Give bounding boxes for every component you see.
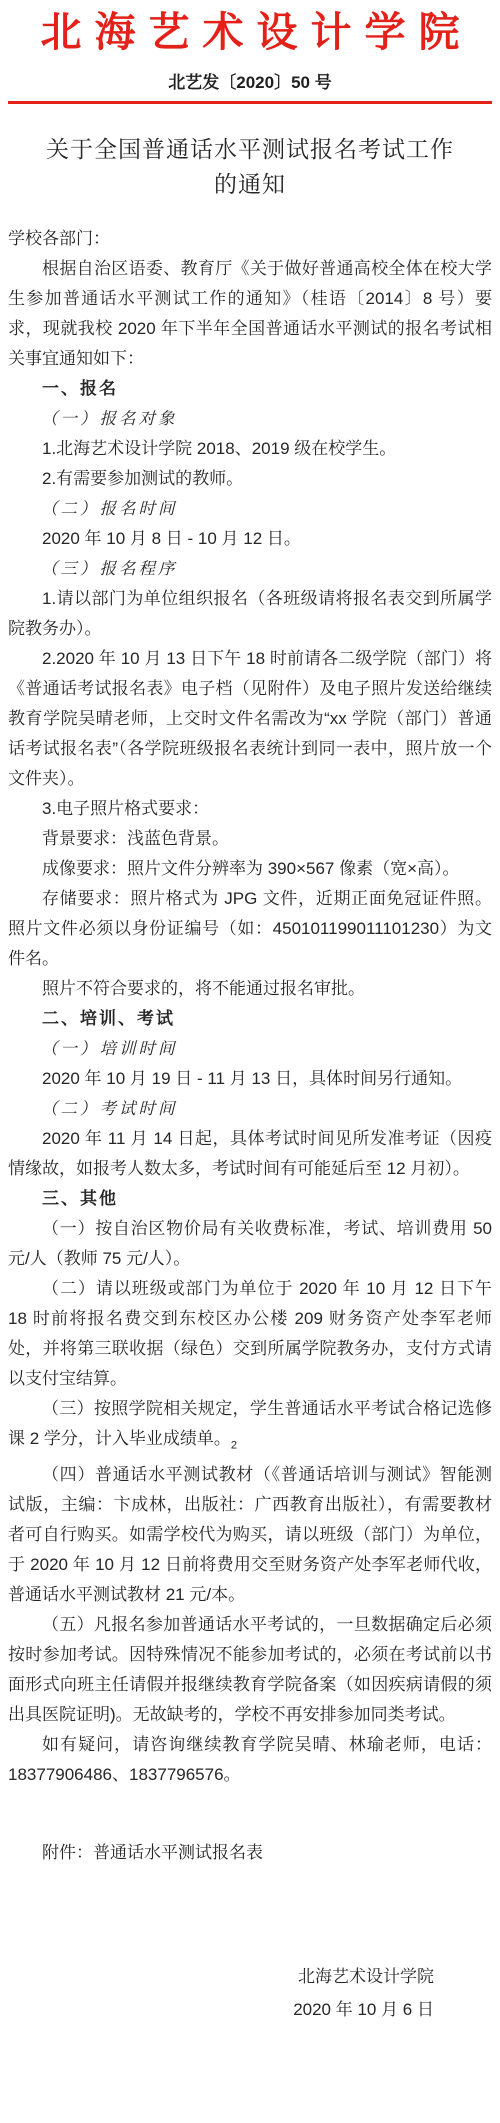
paragraph: （四）普通话水平测试教材（《普通话培训与测试》智能测试版，主编：卞成林，出版社：…: [8, 1460, 492, 1610]
document-page: 北海艺术设计学院 北艺发〔2020〕50 号 关于全国普通话水平测试报名考试工作…: [0, 0, 500, 2123]
sub-heading: （一）培训时间: [8, 1034, 492, 1064]
paragraph: 2.2020 年 10 月 13 日下午 18 时前请各二级学院（部门）将《普通…: [8, 644, 492, 794]
org-title: 北海艺术设计学院: [8, 8, 492, 56]
paragraph: 1.请以部门为单位组织报名（各班级请将报名表交到所属学院教务办）。: [8, 584, 492, 644]
sub-heading: （二）报名时间: [8, 494, 492, 524]
paragraph: 2020 年 10 月 19 日 - 11 月 13 日，具体时间另行通知。: [8, 1064, 492, 1094]
sub-heading: （二）考试时间: [8, 1094, 492, 1124]
paragraph: 存储要求：照片格式为 JPG 文件，近期正面免冠证件照。照片文件必须以身份证编号…: [8, 884, 492, 974]
doc-title-line-2: 的通知: [8, 167, 492, 202]
paragraph: （三）按照学院相关规定，学生普通话水平考试合格记选修课 2 学分，计入毕业成绩单…: [8, 1394, 492, 1460]
paragraph: 3.电子照片格式要求：: [8, 794, 492, 824]
sub-heading: （一）报名对象: [8, 404, 492, 434]
paragraph: （五）凡报名参加普通话水平考试的，一旦数据确定后必须按时参加考试。因特殊情况不能…: [8, 1610, 492, 1730]
paragraph: 1.北海艺术设计学院 2018、2019 级在校学生。: [8, 434, 492, 464]
red-divider-rule: [8, 101, 492, 104]
paragraph: 成像要求：照片文件分辨率为 390×567 像素（宽×高）。: [8, 854, 492, 884]
attachment-line: 附件：普通话水平测试报名表: [8, 1838, 492, 1868]
paragraph: 如有疑问，请咨询继续教育学院吴晴、林瑜老师，电话：18377906486、183…: [8, 1730, 492, 1790]
doc-number: 北艺发〔2020〕50 号: [8, 68, 492, 93]
paragraph: 背景要求：浅蓝色背景。: [8, 824, 492, 854]
signature-block: 北海艺术设计学院 2020 年 10 月 6 日: [8, 1960, 492, 2026]
signature-org: 北海艺术设计学院: [8, 1960, 434, 1993]
salutation: 学校各部门：: [8, 224, 492, 254]
section-heading: 二、培训、考试: [8, 1004, 492, 1034]
paragraph: 2020 年 11 月 14 日起，具体考试时间见所发准考证（因疫情缘故，如报考…: [8, 1124, 492, 1184]
paragraph: 2.有需要参加测试的教师。: [8, 464, 492, 494]
paragraph: 照片不符合要求的，将不能通过报名审批。: [8, 974, 492, 1004]
paragraph: 根据自治区语委、教育厅《关于做好普通高校全体在校大学生参加普通话水平测试工作的通…: [8, 254, 492, 374]
document-body: 学校各部门：根据自治区语委、教育厅《关于做好普通高校全体在校大学生参加普通话水平…: [8, 224, 492, 1790]
paragraph: 2020 年 10 月 8 日 - 10 月 12 日。: [8, 524, 492, 554]
paragraph: （一）按自治区物价局有关收费标准，考试、培训费用 50 元/人（教师 75 元/…: [8, 1214, 492, 1274]
footnote-mark: 2: [231, 1439, 237, 1451]
sub-heading: （三）报名程序: [8, 554, 492, 584]
section-heading: 一、报名: [8, 374, 492, 404]
section-heading: 三、其他: [8, 1184, 492, 1214]
paragraph: （二）请以班级或部门为单位于 2020 年 10 月 12 日下午 18 时前将…: [8, 1274, 492, 1394]
signature-date: 2020 年 10 月 6 日: [8, 1993, 434, 2026]
doc-title-line-1: 关于全国普通话水平测试报名考试工作: [8, 132, 492, 167]
doc-title: 关于全国普通话水平测试报名考试工作 的通知: [8, 132, 492, 202]
